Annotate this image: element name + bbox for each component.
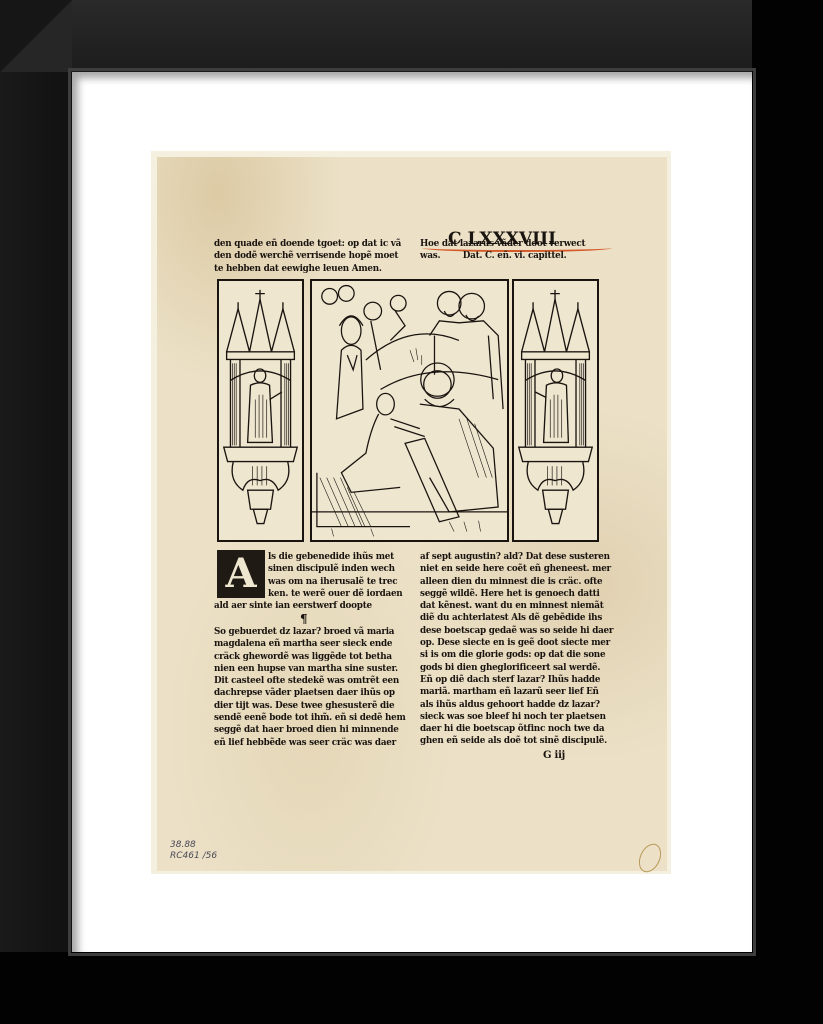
text-line: daer hi die boetscap õtfinc noch twe da xyxy=(420,723,613,735)
right-column-body: af sept augustin? ald? Dat dese susteren… xyxy=(420,551,613,748)
left-column-intro: ls die gebenedide ihũs met sinen discipu… xyxy=(268,551,402,600)
paragraph-mark: ¶ xyxy=(300,612,308,626)
text-line: seggẽ dat haer broed dien hi minnende xyxy=(214,724,406,736)
frame-right-rail xyxy=(752,0,823,1024)
left-column-intro-end: ald aer sinte ian eerstwerf doopte xyxy=(214,600,372,612)
text-line: niet en seide here coẽt eñ gheneest. mer xyxy=(420,563,613,575)
top-left-text: den quade eñ doende tgoet: op dat ic vã … xyxy=(214,238,401,275)
woodcut-raising-of-lazarus xyxy=(310,279,509,542)
text-line: ghen eñ seide als doẽ tot sinẽ discipulẽ… xyxy=(420,735,613,747)
inventory-line: 38.88 xyxy=(170,840,217,851)
text-line: op. Dese siecte en is geẽ doot siecte me… xyxy=(420,637,613,649)
gothic-niche-illustration xyxy=(219,281,302,540)
signature-mark: G iij xyxy=(543,750,565,762)
text-line: ls die gebenedide ihũs met xyxy=(268,551,402,563)
text-line: den dodẽ werchẽ verrisende hopẽ moet xyxy=(214,250,401,262)
text-line: dese boetscap gedaẽ was so seide hi daer xyxy=(420,625,613,637)
text-line: diẽ du achterlatest Als dẽ gebẽdide ihs xyxy=(420,612,613,624)
text-line: was. Dat. C. eñ. vi. capittel. xyxy=(420,250,585,262)
frame-bottom-rail xyxy=(0,952,823,1024)
frame-left-rail xyxy=(0,0,72,1024)
text-line: alleen dien du minnest die is cräc. ofte xyxy=(420,576,613,588)
text-line: seggẽ wildẽ. Here het is genoech datti xyxy=(420,588,613,600)
text-line: als ihũs aldus gehoort hadde dz lazar? xyxy=(420,699,613,711)
left-column-body: So gebuerdet dz lazar? broed vã maria ma… xyxy=(214,626,406,749)
text-line: sieck was soe bleef hi noch ter plaetsen xyxy=(420,711,613,723)
text-line: af sept augustin? ald? Dat dese susteren xyxy=(420,551,613,563)
text-line: was om na iherusalẽ te trec xyxy=(268,576,402,588)
frame-corner-miter xyxy=(0,0,72,72)
text-line: mariã. martham eñ lazarũ seer lief Eñ xyxy=(420,686,613,698)
inventory-line: RC461 /56 xyxy=(170,851,217,862)
text-line: dachrepse vãder plaetsen daer ihũs op xyxy=(214,687,406,699)
text-line: ken. te werẽ ouer dẽ iordaen xyxy=(268,588,402,600)
text-line: ald aer sinte ian eerstwerf doopte xyxy=(214,600,372,612)
text-line: Dit casteel ofte stedekẽ was omtrẽt een xyxy=(214,675,406,687)
text-line: dier tijt was. Dese twee ghesusterẽ die xyxy=(214,700,406,712)
text-line: Eñ op diẽ dach sterf lazar? Ihũs hadde xyxy=(420,674,613,686)
text-line: sinen discipulẽ inden wech xyxy=(268,563,402,575)
text-line: eñ lief hebbẽde was seer cräc was daer xyxy=(214,737,406,749)
text-line: So gebuerdet dz lazar? broed vã maria xyxy=(214,626,406,638)
inventory-note: 38.88 RC461 /56 xyxy=(170,840,217,862)
text-line: den quade eñ doende tgoet: op dat ic vã xyxy=(214,238,401,250)
text-line: sendẽ eenẽ bode tot ihm̃. eñ si dedẽ hem xyxy=(214,712,406,724)
woodcut-right-niche xyxy=(512,279,599,542)
text-line: te hebben dat eewighe leuen Amen. xyxy=(214,263,401,275)
text-line: magdalena eñ martha seer sieck ende xyxy=(214,638,406,650)
text-line: Hoe dat lazarus vãder doot verwect xyxy=(420,238,585,250)
text-line: nien een hupse van martha sine suster. xyxy=(214,663,406,675)
decorated-initial-letter: A xyxy=(217,550,265,598)
chapter-heading: Hoe dat lazarus vãder doot verwect was. … xyxy=(420,238,585,263)
text-line: dat kẽnest. want du en minnest niemãt xyxy=(420,600,613,612)
text-line: cräck ghewordẽ was liggẽde tot betha xyxy=(214,651,406,663)
frame-top-rail xyxy=(0,0,823,72)
text-line: gods bi dien gheglorificeert sal werdẽ. xyxy=(420,662,613,674)
woodcut-left-niche xyxy=(217,279,304,542)
text-line: si is om die glorie gods: op dat die son… xyxy=(420,649,613,661)
raising-of-lazarus-illustration xyxy=(312,281,507,540)
gothic-niche-illustration xyxy=(514,281,597,540)
